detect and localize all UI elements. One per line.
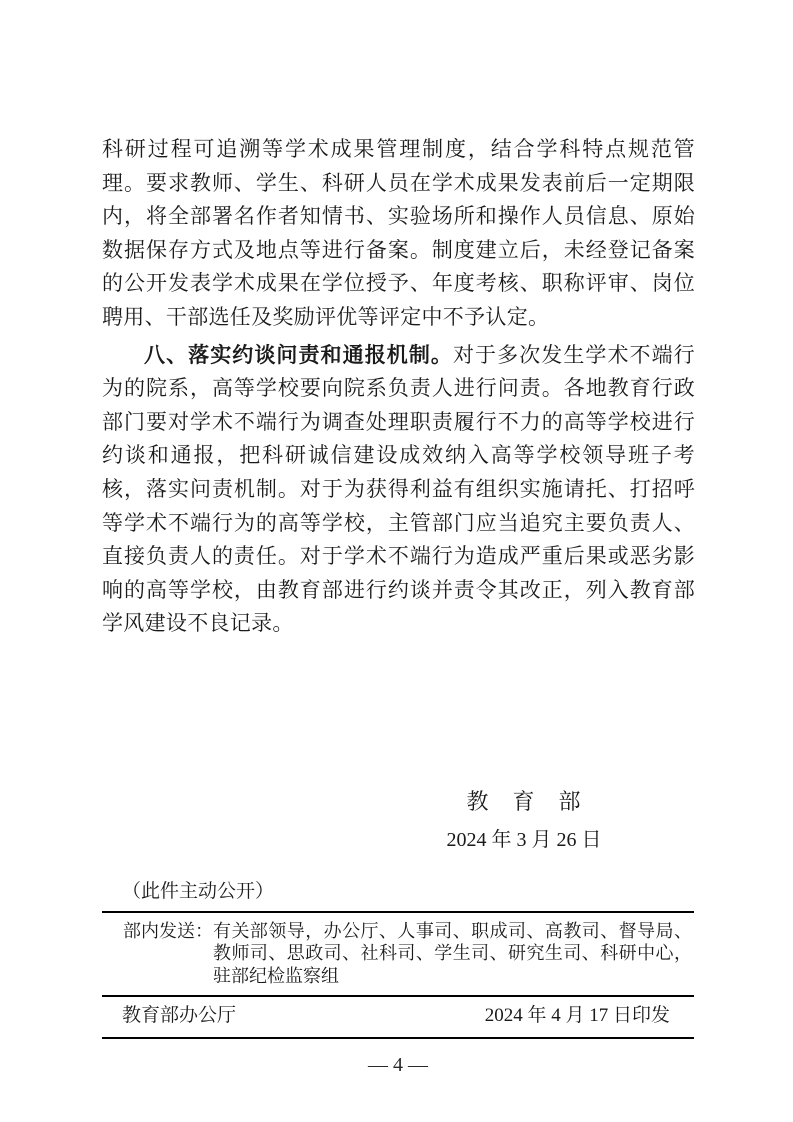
body-paragraph-continued: 科研过程可追溯等学术成果管理制度，结合学科特点规范管理。要求教师、学生、科研人员… [102,133,695,335]
document-body: 科研过程可追溯等学术成果管理制度，结合学科特点规范管理。要求教师、学生、科研人员… [0,0,793,905]
signature-date: 2024 年 3 月 26 日 [384,821,664,859]
issuing-authority: 教 育 部 [384,783,664,821]
document-footer: 部内发送： 有关部领导，办公厅、人事司、职成司、高教司、督导局、教师司、思政司、… [102,911,694,1078]
disclosure-note: （此件主动公开） [102,879,695,905]
distribution-recipients: 有关部领导，办公厅、人事司、职成司、高教司、督导局、教师司、思政司、社科司、学生… [213,920,694,988]
distribution-label: 部内发送： [123,920,213,988]
paragraph-text: 对于多次发生学术不端行为的院系，高等学校要向院系负责人进行问责。各地教育行政部门… [102,343,695,636]
signature-block: 教 育 部 2024 年 3 月 26 日 [384,783,664,859]
body-paragraph-section-8: 八、落实约谈问责和通报机制。对于多次发生学术不端行为的院系，高等学校要向院系负责… [102,339,695,641]
paragraph-text: 科研过程可追溯等学术成果管理制度，结合学科特点规范管理。要求教师、学生、科研人员… [102,137,695,329]
footer-rule-bottom [102,1037,694,1039]
distribution-block: 部内发送： 有关部领导，办公厅、人事司、职成司、高教司、督导局、教师司、思政司、… [102,913,694,996]
imprint-office: 教育部办公厅 [122,1004,236,1028]
imprint-print-date: 2024 年 4 月 17 日印发 [485,1004,670,1028]
document-page: 科研过程可追溯等学术成果管理制度，结合学科特点规范管理。要求教师、学生、科研人员… [0,0,793,1122]
imprint-row: 教育部办公厅 2024 年 4 月 17 日印发 [102,997,694,1037]
page-number: — 4 — [102,1053,694,1077]
section-heading-bold: 八、落实约谈问责和通报机制。 [144,344,453,367]
